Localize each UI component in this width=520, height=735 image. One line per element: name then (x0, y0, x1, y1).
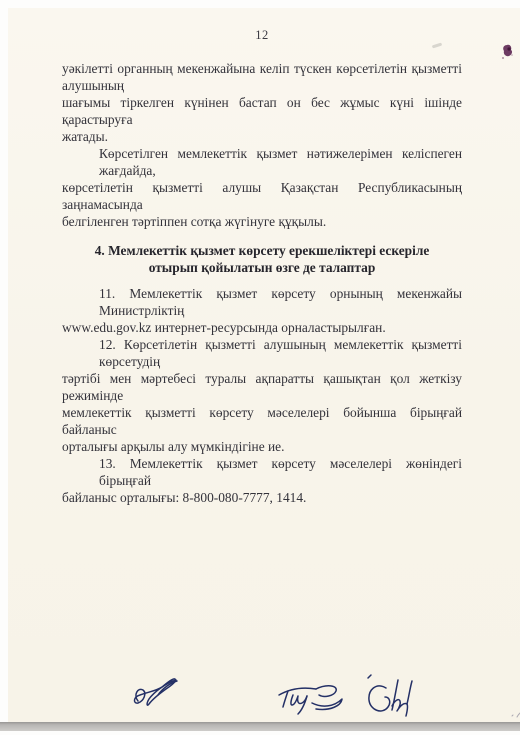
text-line: белгіленген тәртіппен сотқа жүгінуге құқ… (62, 213, 462, 230)
scanner-edge-band (0, 722, 520, 731)
text-line: байланыс орталығы: 8-800-080-7777, 1414. (62, 489, 462, 506)
ink-blot (500, 42, 514, 67)
text-line: 4. Мемлекеттік қызмет көрсету ерекшелікт… (62, 242, 462, 259)
paper-sheet: 12 уәкілетті органның мекенжайына келіп … (8, 8, 520, 722)
text-line: орталығы арқылы алу мүмкіндігіне ие. (62, 438, 462, 455)
text-line: 13. Мемлекеттік қызмет көрсету мәселелер… (62, 455, 462, 489)
text-line: мемлекеттік қызметті көрсету мәселелері … (62, 404, 462, 438)
paragraph: 11. Мемлекеттік қызмет көрсету орнының м… (62, 285, 462, 336)
signature-left (128, 671, 182, 716)
paragraph: уәкілетті органның мекенжайына келіп түс… (62, 60, 462, 145)
scanned-document-page: 12 уәкілетті органның мекенжайына келіп … (0, 0, 520, 735)
text-line: 12. Көрсетілетін қызметті алушының мемле… (62, 336, 462, 370)
text-line: шағымы тіркелген күнінен бастап он бес ж… (62, 94, 462, 128)
text-line: тәртібі мен мәртебесі туралы ақпаратты қ… (62, 370, 462, 404)
paragraph: 13. Мемлекеттік қызмет көрсету мәселелер… (62, 455, 462, 506)
signature-center (276, 682, 350, 723)
document-body: уәкілетті органның мекенжайына келіп түс… (62, 60, 462, 506)
text-line: 11. Мемлекеттік қызмет көрсету орнының м… (62, 285, 462, 319)
scan-smudge (432, 43, 442, 49)
text-line: уәкілетті органның мекенжайына келіп түс… (62, 60, 462, 94)
text-line: жатады. (62, 128, 462, 145)
text-line: www.edu.gov.kz интернет-ресурсында орнал… (62, 319, 462, 336)
signature-right (364, 672, 420, 727)
section-heading: 4. Мемлекеттік қызмет көрсету ерекшелікт… (62, 242, 462, 276)
text-line: көрсетілетін қызметті алушы Қазақстан Ре… (62, 179, 462, 213)
paragraph: 12. Көрсетілетін қызметті алушының мемле… (62, 336, 462, 455)
page-number: 12 (62, 28, 462, 43)
text-line: отырып қойылатын өзге де талаптар (62, 259, 462, 276)
paragraph: Көрсетілген мемлекеттік қызмет нәтижелер… (62, 145, 462, 230)
text-line: Көрсетілген мемлекеттік қызмет нәтижелер… (62, 145, 462, 179)
